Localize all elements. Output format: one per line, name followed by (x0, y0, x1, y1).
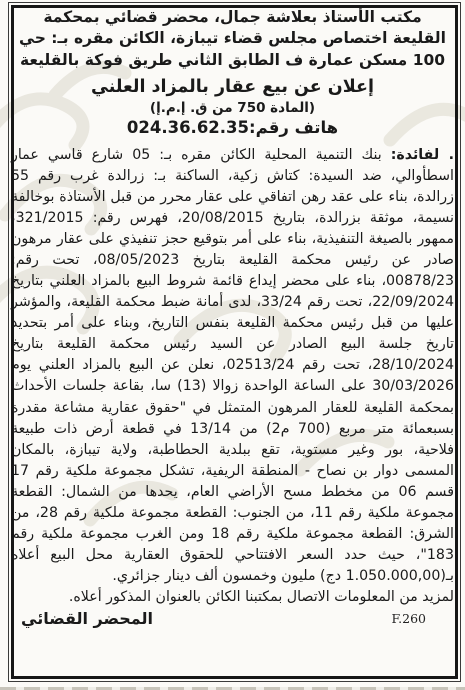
notice-footer: المحضر القضائي F.260 (11, 608, 454, 628)
office-header-line-3: 100 مسكن عمارة ف الطابق الثاني طريق فوكة… (11, 50, 454, 71)
beneficiary-label: . لفائدة: (391, 147, 454, 163)
office-header-line-1: مكتب الأستاذ بعلاشة جمال، محضر قضائي بمح… (11, 7, 454, 28)
notice-title: إعلان عن بيع عقار بالمزاد العلني (11, 77, 454, 98)
notice-content: مكتب الأستاذ بعلاشة جمال، محضر قضائي بمح… (11, 5, 454, 684)
law-reference: (المادة 750 من ق. إ.م.إ) (11, 100, 454, 117)
contact-info-line: لمزيد من المعلومات الاتصال بمكتبنا الكائ… (11, 587, 454, 608)
legal-notice-page: مكتب الأستاذ بعلاشة جمال، محضر قضائي بمح… (0, 0, 465, 690)
ad-reference-code: F.260 (391, 611, 426, 628)
notice-body: . لفائدة: بنك التنمية المحلية الكائن مقر… (11, 145, 454, 588)
office-header-line-2: القليعة اختصاص مجلس قضاء تيبازة، الكائن … (11, 28, 454, 49)
phone-number: هاتف رقم:024.36.62.35 (11, 118, 454, 139)
office-header: مكتب الأستاذ بعلاشة جمال، محضر قضائي بمح… (11, 7, 454, 71)
notice-body-text: بنك التنمية المحلية الكائن مقره بـ: 05 ش… (11, 147, 454, 585)
bailiff-signature: المحضر القضائي (21, 609, 153, 628)
